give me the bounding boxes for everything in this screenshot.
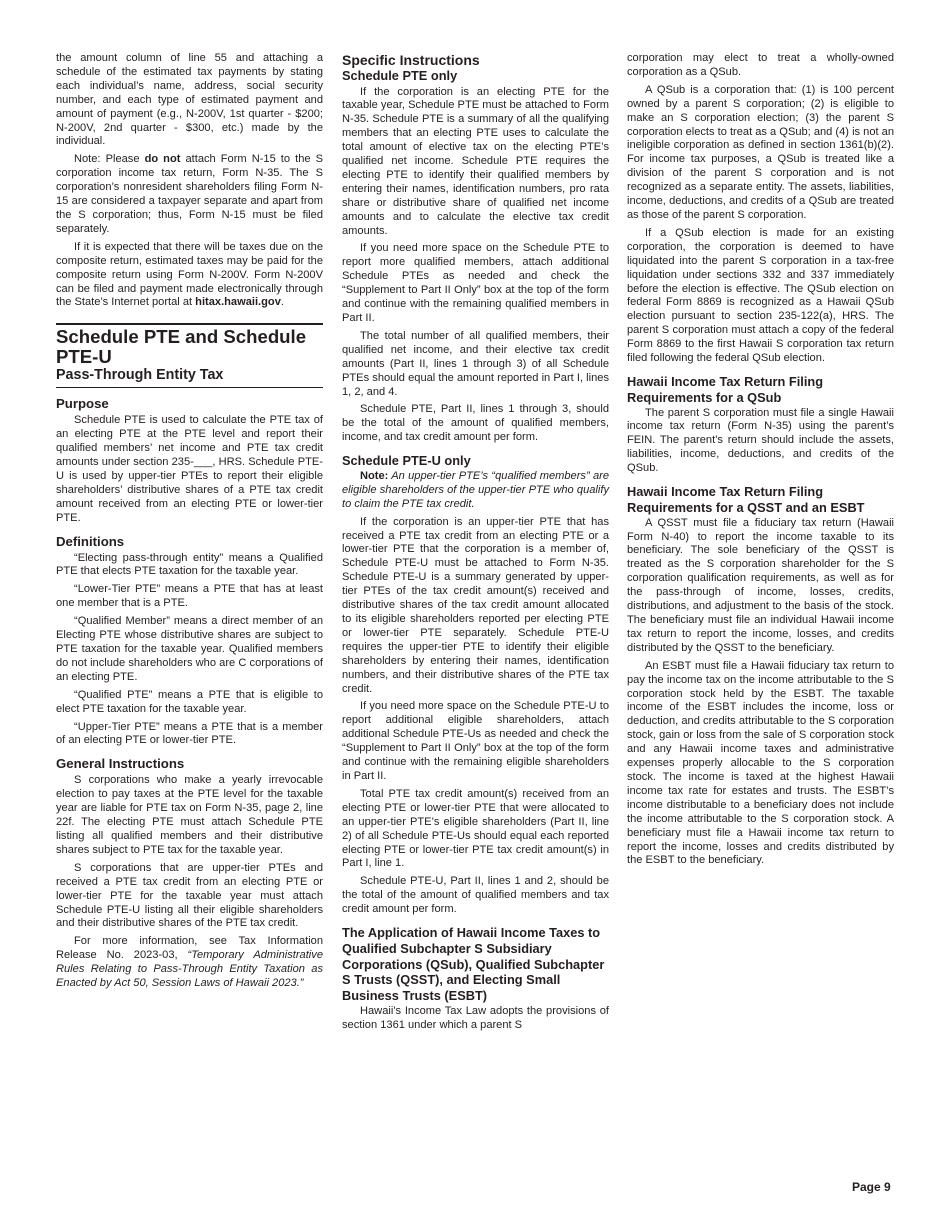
paragraph-pteu-2: If you need more space on the Schedule P… <box>342 700 609 783</box>
paragraph-qsub-continued: corporation may elect to treat a wholly-… <box>627 52 894 80</box>
paragraph-qsst: A QSST must file a fiduciary tax return … <box>627 517 894 656</box>
paragraph-filing-qsub: The parent S corporation must file a sin… <box>627 407 894 477</box>
paragraph-purpose: Schedule PTE is used to calculate the PT… <box>56 414 323 525</box>
definition-item: “Lower-Tier PTE” means a PTE that has at… <box>56 583 323 611</box>
paragraph-qsub-definition: A QSub is a corporation that: (1) is 100… <box>627 84 894 223</box>
paragraph-pteu-1: If the corporation is an upper-tier PTE … <box>342 516 609 697</box>
paragraph-pte-2: If you need more space on the Schedule P… <box>342 242 609 325</box>
paragraph-application-1: Hawaii’s Income Tax Law adopts the provi… <box>342 1005 609 1033</box>
definition-item: “Electing pass-through entity” means a Q… <box>56 552 323 580</box>
heading-filing-requirements-qsst-esbt: Hawaii Income Tax Return Filing Requirem… <box>627 484 894 516</box>
definition-item: “Qualified Member” means a direct member… <box>56 615 323 685</box>
definition-item: “Qualified PTE” means a PTE that is elig… <box>56 689 323 717</box>
paragraph-pte-3: The total number of all qualified member… <box>342 330 609 400</box>
paragraph-note-n15: Note: Please do not attach Form N-15 to … <box>56 153 323 236</box>
paragraph-pteu-4: Schedule PTE-U, Part II, lines 1 and 2, … <box>342 875 609 917</box>
heading-schedule-pte-u-only: Schedule PTE-U only <box>342 453 609 469</box>
section-subtitle-pass-through: Pass-Through Entity Tax <box>56 367 323 388</box>
heading-schedule-pte-only: Schedule PTE only <box>342 68 609 84</box>
paragraph-estimated-payments: the amount column of line 55 and attachi… <box>56 52 323 149</box>
heading-purpose: Purpose <box>56 396 323 412</box>
note-label: Note: <box>360 470 388 482</box>
heading-general-instructions: General Instructions <box>56 756 323 772</box>
paragraph-pte-1: If the corporation is an electing PTE fo… <box>342 86 609 239</box>
paragraph-qsub-election: If a QSub election is made for an existi… <box>627 227 894 366</box>
paragraph-pte-4: Schedule PTE, Part II, lines 1 through 3… <box>342 403 609 445</box>
column-left: the amount column of line 55 and attachi… <box>56 52 323 995</box>
heading-application-qsub-qsst-esbt: The Application of Hawaii Income Taxes t… <box>342 925 609 1004</box>
column-middle: Specific Instructions Schedule PTE only … <box>342 52 609 1037</box>
paragraph-pteu-3: Total PTE tax credit amount(s) received … <box>342 788 609 871</box>
definition-item: “Upper-Tier PTE” means a PTE that is a m… <box>56 721 323 749</box>
column-right: corporation may elect to treat a wholly-… <box>627 52 894 872</box>
paragraph-esbt: An ESBT must file a Hawaii fiduciary tax… <box>627 660 894 869</box>
heading-filing-requirements-qsub: Hawaii Income Tax Return Filing Requirem… <box>627 374 894 406</box>
link-hitax[interactable]: hitax.hawaii.gov <box>195 296 281 308</box>
paragraph-composite-return: If it is expected that there will be tax… <box>56 241 323 311</box>
paragraph-general-3: For more information, see Tax Informatio… <box>56 935 323 991</box>
heading-specific-instructions: Specific Instructions <box>342 52 609 68</box>
page-number: Page 9 <box>852 1180 891 1194</box>
paragraph-general-1: S corporations who make a yearly irrevoc… <box>56 774 323 857</box>
heading-definitions: Definitions <box>56 534 323 550</box>
paragraph-pteu-note: Note: An upper-tier PTE’s “qualified mem… <box>342 470 609 512</box>
paragraph-general-2: S corporations that are upper-tier PTEs … <box>56 862 323 932</box>
emphasis-do-not: do not <box>145 153 181 165</box>
section-title-schedule-pte: Schedule PTE and Schedule PTE-U <box>56 323 323 367</box>
